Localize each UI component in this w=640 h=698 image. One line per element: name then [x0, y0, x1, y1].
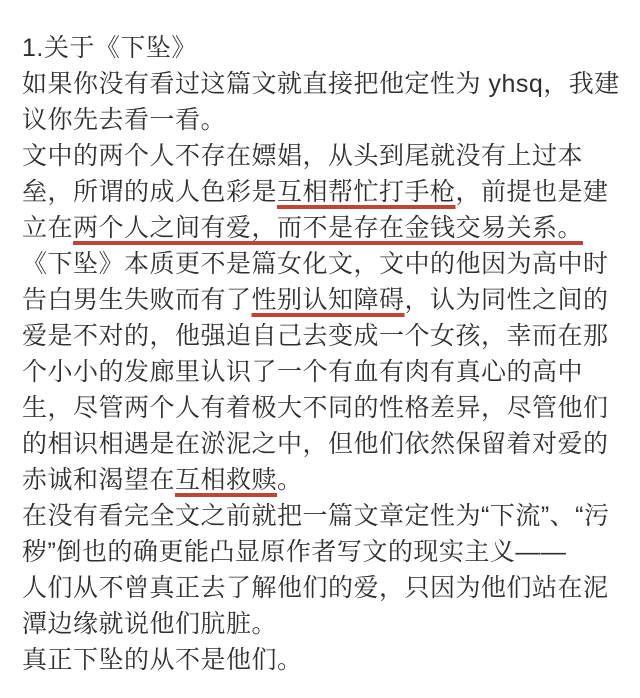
- article-text-block: 1.关于《下坠》如果你没有看过这篇文就直接把他定性为 yhsq，我建议你先去看一…: [0, 0, 640, 678]
- text-line: 真正下坠的从不是他们。: [22, 642, 626, 678]
- text-segment: 真正下坠的从不是他们。: [22, 646, 303, 674]
- text-line: 在没有看完全文之前就把一篇文章定性为“下流”、“污: [22, 498, 626, 534]
- text-segment: 《下坠》本质更不是篇女化文，文中的他因为高中时: [22, 250, 609, 278]
- text-line: 垒，所谓的成人色彩是互相帮忙打手枪，前提也是建: [22, 174, 626, 210]
- text-segment: 生，尽管两个人有着极大不同的性格差异，尽管他们: [22, 394, 609, 422]
- red-underlined-text: 性别认知障碍: [252, 286, 405, 314]
- text-line: 《下坠》本质更不是篇女化文，文中的他因为高中时: [22, 246, 626, 282]
- text-segment: 个小小的发廊里认识了一个有血有肉有真心的高中: [22, 358, 583, 386]
- text-segment: ，前提也是建: [456, 178, 609, 206]
- text-line: 如果你没有看过这篇文就直接把他定性为 yhsq，我建: [22, 66, 626, 102]
- text-line: 生，尽管两个人有着极大不同的性格差异，尽管他们: [22, 390, 626, 426]
- red-underlined-text: 两个人之间有爱，而不是存在金钱交易关系。: [73, 214, 583, 242]
- text-segment: 如果你没有看过这篇文就直接把他定性为 yhsq，我建: [22, 70, 620, 98]
- text-segment: 文中的两个人不存在嫖娼，从头到尾就没有上过本: [22, 142, 583, 170]
- text-line: 人们从不曾真正去了解他们的爱，只因为他们站在泥: [22, 570, 626, 606]
- text-line: 告白男生失败而有了性别认知障碍，认为同性之间的: [22, 282, 626, 318]
- text-segment: 垒，所谓的成人色彩是: [22, 178, 277, 206]
- text-segment: 潭边缘就说他们肮脏。: [22, 610, 277, 638]
- text-line: 秽”倒也的确更能凸显原作者写文的现实主义——: [22, 534, 626, 570]
- text-segment: ，认为同性之间的: [405, 286, 609, 314]
- text-segment: 的相识相遇是在淤泥之中，但他们依然保留着对爱的: [22, 430, 609, 458]
- text-segment: 。: [277, 466, 303, 494]
- text-segment: 立在: [22, 214, 73, 242]
- text-segment: 爱是不对的，他强迫自己去变成一个女孩，幸而在那: [22, 322, 609, 350]
- text-line: 赤诚和渴望在互相救赎。: [22, 462, 626, 498]
- red-underlined-text: 互相救赎: [175, 466, 277, 494]
- text-segment: 秽”倒也的确更能凸显原作者写文的现实主义——: [22, 538, 566, 566]
- text-segment: 告白男生失败而有了: [22, 286, 252, 314]
- text-line: 潭边缘就说他们肮脏。: [22, 606, 626, 642]
- text-line: 文中的两个人不存在嫖娼，从头到尾就没有上过本: [22, 138, 626, 174]
- text-line: 1.关于《下坠》: [22, 30, 626, 66]
- text-segment: 议你先去看一看。: [22, 106, 226, 134]
- text-segment: 赤诚和渴望在: [22, 466, 175, 494]
- text-segment: 人们从不曾真正去了解他们的爱，只因为他们站在泥: [22, 574, 609, 602]
- text-line: 立在两个人之间有爱，而不是存在金钱交易关系。: [22, 210, 626, 246]
- text-segment: 在没有看完全文之前就把一篇文章定性为“下流”、“污: [22, 502, 609, 530]
- text-line: 议你先去看一看。: [22, 102, 626, 138]
- text-segment: 1.关于《下坠》: [22, 34, 197, 62]
- red-underlined-text: 互相帮忙打手枪: [277, 178, 456, 206]
- text-line: 爱是不对的，他强迫自己去变成一个女孩，幸而在那: [22, 318, 626, 354]
- text-line: 的相识相遇是在淤泥之中，但他们依然保留着对爱的: [22, 426, 626, 462]
- text-line: 个小小的发廊里认识了一个有血有肉有真心的高中: [22, 354, 626, 390]
